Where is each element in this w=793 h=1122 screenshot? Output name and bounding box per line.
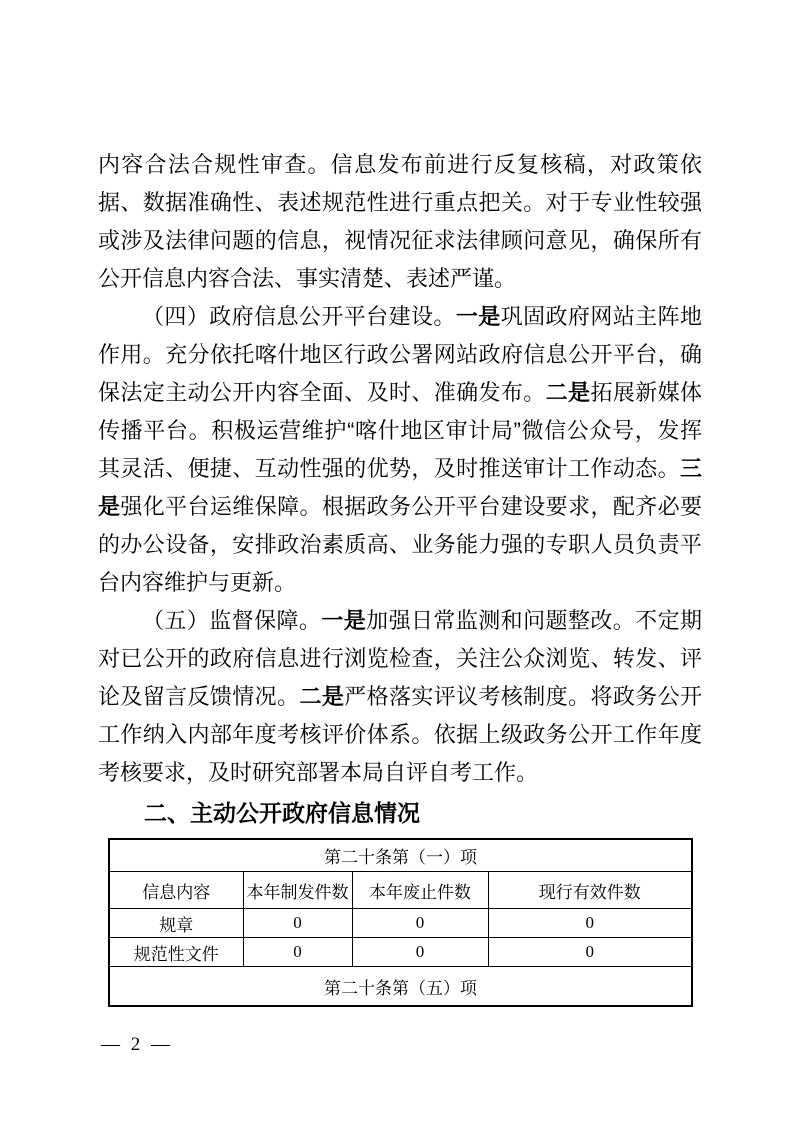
paragraph-legality-review: 内容合法合规性审查。信息发布前进行反复核稿，对政策依据、数据准确性、表述规范性进… <box>98 146 702 298</box>
paragraph-text: 强化平台运维保障。根据政务公开平台建设要求，配齐必要的办公设备，安排政治素质高、… <box>98 494 702 595</box>
column-header: 现行有效件数 <box>488 872 692 909</box>
cell-value: 0 <box>352 909 488 938</box>
cell-value: 0 <box>243 938 352 967</box>
cell-value: 0 <box>488 909 692 938</box>
document-page: 内容合法合规性审查。信息发布前进行反复核稿，对政策依据、数据准确性、表述规范性进… <box>0 0 793 1122</box>
table-span-cell: 第二十条第（一）项 <box>109 839 692 872</box>
disclosure-statistics-table: 第二十条第（一）项 信息内容 本年制发件数 本年废止件数 现行有效件数 规章 0… <box>108 838 693 1007</box>
table-header-row: 信息内容 本年制发件数 本年废止件数 现行有效件数 <box>109 872 692 909</box>
paragraph-platform-construction: （四）政府信息公开平台建设。一是巩固政府网站主阵地作用。充分依托喀什地区行政公署… <box>98 298 702 602</box>
table-row: 规章 0 0 0 <box>109 909 692 938</box>
cell-value: 0 <box>488 938 692 967</box>
page-content: 内容合法合规性审查。信息发布前进行反复核稿，对政策依据、数据准确性、表述规范性进… <box>98 146 702 1007</box>
table-span-row-bottom: 第二十条第（五）项 <box>109 967 692 1007</box>
emphasis-first: 一是 <box>456 304 501 329</box>
column-header: 本年制发件数 <box>243 872 352 909</box>
table-span-row-top: 第二十条第（一）项 <box>109 839 692 872</box>
paragraph-text: （五）监督保障。 <box>142 608 321 633</box>
table-row: 规范性文件 0 0 0 <box>109 938 692 967</box>
paragraph-supervision: （五）监督保障。一是加强日常监测和问题整改。不定期对已公开的政府信息进行浏览检查… <box>98 602 702 792</box>
emphasis-second: 二是 <box>299 684 344 709</box>
column-header: 信息内容 <box>109 872 243 909</box>
emphasis-first: 一是 <box>321 608 366 633</box>
emphasis-second: 二是 <box>546 380 591 405</box>
cell-value: 0 <box>352 938 488 967</box>
row-label: 规章 <box>109 909 243 938</box>
page-number: — 2 — <box>101 1034 173 1056</box>
row-label: 规范性文件 <box>109 938 243 967</box>
section-heading: 二、主动公开政府信息情况 <box>98 795 702 831</box>
column-header: 本年废止件数 <box>352 872 488 909</box>
table-span-cell: 第二十条第（五）项 <box>109 967 692 1007</box>
cell-value: 0 <box>243 909 352 938</box>
paragraph-text: （四）政府信息公开平台建设。 <box>142 304 456 329</box>
paragraph-text: 内容合法合规性审查。信息发布前进行反复核稿，对政策依据、数据准确性、表述规范性进… <box>98 152 702 291</box>
